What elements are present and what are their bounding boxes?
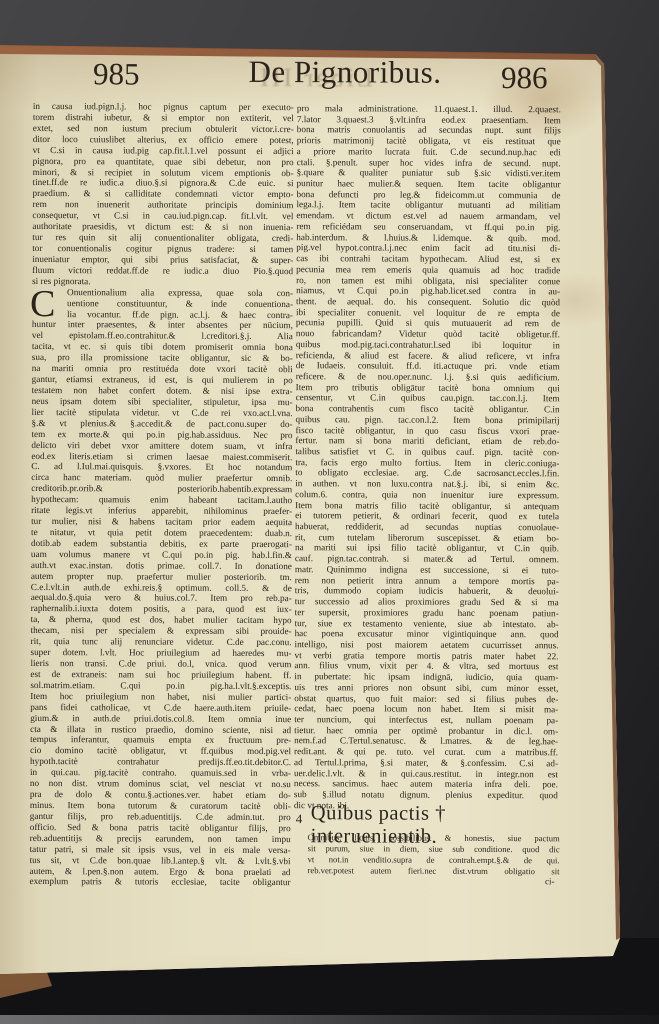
text-line: exemplum patris & tutoris ecclesiae, tac…	[29, 876, 290, 888]
text-line: ad Tertul.l.prima, §.si mater, & §.confe…	[294, 757, 558, 769]
text-line: cas ibi contrahi tacitam hypothecam. Ali…	[296, 253, 560, 265]
text-line: ter supersit, proximiores gradu hanc poe…	[295, 607, 559, 619]
text-line: sol.matrim.etiam. C.qui po.in pig.ha.l.v…	[30, 680, 291, 692]
text-line: si res pignorata.	[32, 276, 293, 288]
text-line: intelligo, nisi post maiorem aetatem cuc…	[295, 639, 559, 651]
text-line: uam volumus manere vt C.qui po.in pig. h…	[31, 549, 292, 561]
text-line: pecunia mea rem emeris quia quamuis ad h…	[296, 264, 560, 276]
text-column-right: pro mala administratione. 11.quaest.1. i…	[294, 103, 561, 812]
text-line: ter nuncium, qui interfectus est, nullam…	[294, 714, 558, 726]
text-line: pans fidei catholicae, vt C.de haere.aut…	[30, 702, 291, 714]
text-line: tus sit, vt C.de bon.quae lib.l.antep.§ …	[30, 855, 291, 867]
text-line: pro mala administratione. 11.quaest.1. i…	[297, 103, 561, 115]
text-line: sub §.illud notatu dignum. plenius exped…	[294, 789, 558, 801]
text-line: dotib.ab eadem substantia debitis, ex pa…	[31, 538, 292, 550]
text-line: reb.aduentitijs & precijs earundem, non …	[30, 833, 291, 845]
text-line: lier tacitè stipulata videtur. vt C.de r…	[32, 407, 293, 419]
text-line: reficere. & de nou.oper.nunc. l.j. §.si …	[296, 371, 560, 383]
text-line: vt C.si in causa iud.pig cap.fit.l.1.vel…	[33, 145, 294, 157]
text-line: extet, sed non iustum precium obtulerit …	[33, 123, 294, 135]
text-line: delicto viri debet vxor amittere dotem s…	[31, 440, 292, 452]
text-line: neus ipsam dotem sibi specialiter, stipu…	[32, 396, 293, 408]
section-number: 4	[296, 811, 303, 827]
printed-content: Liber III 985 De Pignoribus. 986 C in ca…	[0, 0, 659, 1024]
text-column-left: in causa iud.pign.l.j. hoc pignus captum…	[29, 101, 293, 889]
folio-number-right: 986	[501, 60, 548, 96]
text-line: quibus cau. pign. tac.con.l.2. Item bona…	[295, 414, 559, 426]
text-line: thent. de aequal. do. his consequent. So…	[296, 296, 560, 308]
catchword: ci-	[306, 875, 554, 886]
text-line: habuerat, reddiderit, ad secundas nuptia…	[295, 521, 559, 533]
text-line: pignora, pro ea quantitate, quae sibi de…	[33, 156, 294, 168]
text-line: §.& vt plenius.& §.accedit.& de pact.con…	[31, 418, 292, 430]
text-line: quibus mod.pig.taci.contrahatur.l.sed ib…	[296, 339, 560, 351]
text-line: auth.vt exac.instan. dotis primae. coll.…	[31, 560, 292, 572]
text-line: ditor loco cuiuslibet alterius, ex offic…	[33, 134, 294, 146]
text-line: fluum victori reddat.ff.de re iudic.a di…	[32, 265, 293, 277]
text-line: punitur haec mulier.& sequen. Item tacit…	[297, 178, 561, 190]
text-line: tem ex morte.& qui po.in pig.hab.assiduu…	[31, 429, 292, 441]
text-line: matr. Quinimmo indigna est successione, …	[295, 564, 559, 576]
text-line: colum.6. contra, quia non inuenitur iure…	[295, 489, 559, 501]
text-line: uentione constituuntur, & inde conuentio…	[32, 298, 293, 310]
text-line: autem propter nup. praefertur mulier pos…	[31, 571, 292, 583]
text-line: rem reficiédam seu conseruandam, vt ff.q…	[296, 221, 560, 233]
text-line: Onuentionalium alia expressa, quae sola …	[32, 287, 293, 299]
text-line: a priore marito lucrata fuit. C.de secun…	[297, 146, 561, 158]
running-title: De Pignoribus.	[200, 54, 490, 91]
text-line: uis tres anni priores non obsunt sibi, c…	[294, 682, 558, 694]
text-line: Item hoc priuilegium non habet, nisi mul…	[30, 691, 291, 703]
text-line: gium.& in auth.de priui.dotis.col.8. Ite…	[30, 713, 291, 725]
text-line: tatur patri, si male sit ipsis vsus, vel…	[30, 844, 291, 856]
section-paragraph: Omnibus, licitis, possibilibus. & honest…	[308, 832, 560, 877]
scanned-book-photo: Liber III 985 De Pignoribus. 986 C in ca…	[0, 0, 659, 1024]
text-line: tur successio ad alios proximiores gradu…	[295, 596, 559, 608]
text-line: officio. Sed & bona patris tacitè obliga…	[30, 822, 291, 834]
text-line: talibus satisfiet vt C. in quibus cauf. …	[295, 446, 559, 458]
folio-number-left: 985	[93, 56, 140, 92]
